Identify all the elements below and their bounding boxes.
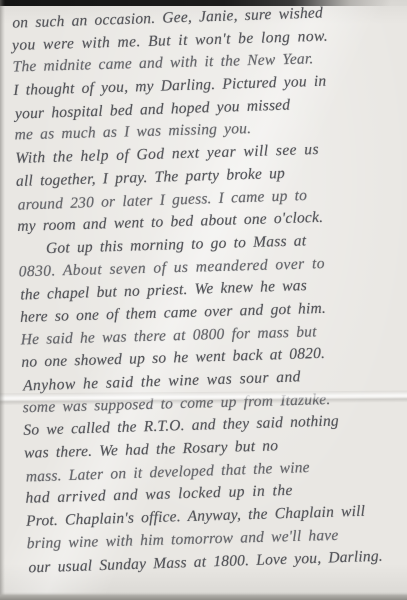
letter-page: on such an occasion. Gee, Janie, sure wi… bbox=[0, 0, 407, 600]
paper-bottom-edge bbox=[0, 592, 407, 600]
paper-left-edge bbox=[0, 0, 5, 600]
letter-body: on such an occasion. Gee, Janie, sure wi… bbox=[11, 0, 407, 579]
paper-top-edge bbox=[0, 0, 407, 6]
